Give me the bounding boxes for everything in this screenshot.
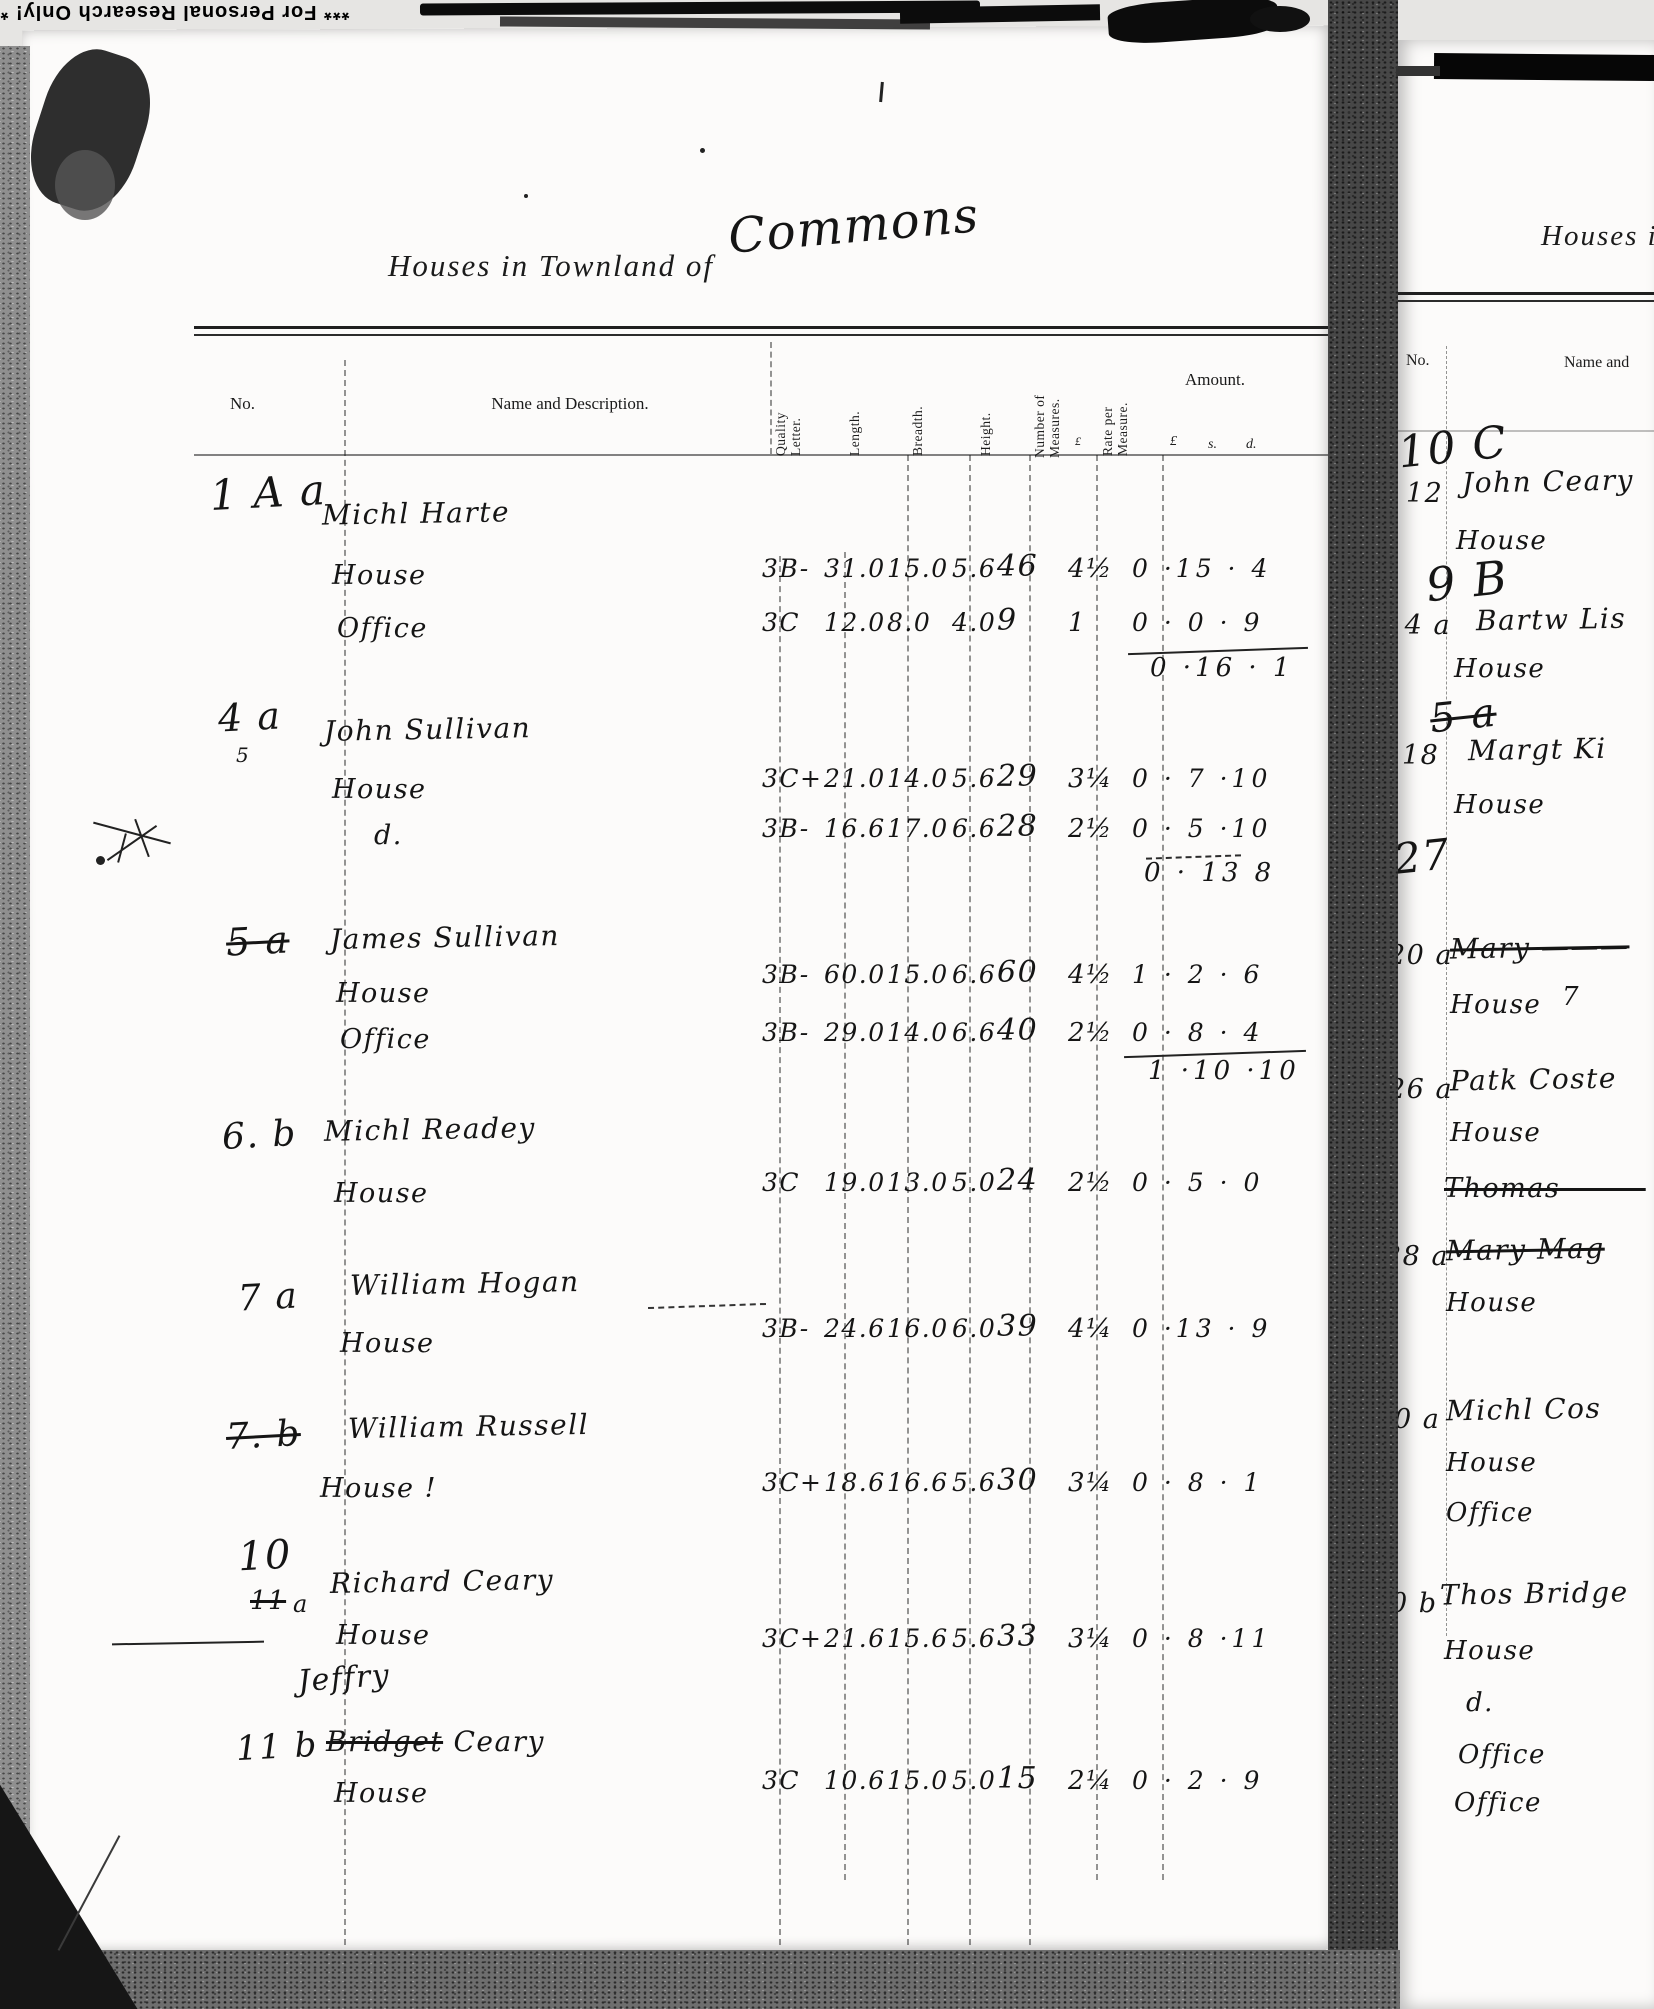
col-measures-line2: Measures.: [1047, 348, 1062, 458]
entry-name: Mary ———: [1450, 932, 1630, 963]
height-value: 6.0: [952, 1316, 996, 1341]
entry-no: 1 A a: [209, 469, 327, 517]
col-breadth-label: Breadth.: [910, 350, 925, 456]
top-right-ink-blob-2: [1250, 6, 1310, 32]
breadth-value: 8.0: [887, 610, 931, 635]
entry-no: 4 a: [217, 696, 282, 737]
length-value: 16.6: [824, 816, 886, 841]
entry-name: Michl Readey: [324, 1114, 536, 1146]
col-measures-line1: Number of: [1032, 348, 1047, 458]
entry-desc: House: [334, 1180, 429, 1207]
breadth-value: 17.0: [887, 816, 949, 841]
col-rate-line1: Rate per: [1100, 350, 1115, 456]
entry-desc: House: [1450, 992, 1541, 1018]
breadth-value: 16.0: [887, 1316, 949, 1341]
rate-value: 3¼: [1068, 1470, 1113, 1496]
amount-unit-shillings: s.: [1208, 437, 1217, 453]
right-page-title: Houses in: [1541, 220, 1654, 253]
height-value: 5.0: [952, 1768, 996, 1793]
left-scan-border: [0, 46, 30, 2009]
entry-desc: d.: [1466, 1690, 1494, 1716]
entry-name: Thos Bridge: [1440, 1578, 1629, 1609]
col-name-label: Name and Description.: [430, 394, 710, 414]
page-title: Houses in Townland of: [388, 248, 714, 284]
research-stamp-text: *** For Personal Research Only! ***: [0, 0, 349, 23]
entry-code: 27: [1392, 833, 1453, 881]
breadth-value: 14.0: [887, 766, 949, 791]
quality-letter-value: 3B-: [762, 816, 810, 841]
quality-letter-value: 3C: [762, 1768, 800, 1793]
length-value: 29.0: [824, 1020, 886, 1045]
entry-desc: House: [336, 1622, 431, 1649]
length-value: 21.6: [824, 1626, 886, 1651]
entry-name: Patk Coste: [1450, 1065, 1617, 1096]
scanned-valuation-document: Houses in Townland of Commons No. Name a…: [0, 0, 1654, 2009]
doodle-dot: [96, 856, 105, 865]
entry-no-alt: 11: [250, 1588, 286, 1614]
entry-desc: Office: [1454, 1790, 1542, 1816]
amount-value: 0 · 7 ·10: [1132, 766, 1271, 791]
entry-name: John Ceary: [1462, 467, 1634, 498]
amount-value: 0 · 5 ·10: [1132, 816, 1271, 841]
measures-value: 33: [997, 1622, 1038, 1652]
rate-value: 4½: [1068, 962, 1113, 988]
entry-name: Michl Harte: [322, 498, 510, 529]
right-page-top-bar: [1434, 53, 1654, 81]
entry-total: 0 · 13 8: [1144, 860, 1275, 886]
entry-code: 9 B: [1424, 554, 1511, 608]
entry-code: 5 a: [1428, 693, 1498, 740]
entry-no: 7 a: [237, 1278, 299, 1317]
amount-unit-pence: d.: [1246, 437, 1257, 453]
amount-value: 0 ·15 · 4: [1132, 556, 1271, 581]
rate-value: 1: [1068, 610, 1086, 636]
rate-value: 2¼: [1068, 1768, 1113, 1794]
height-value: 5.6: [952, 1626, 996, 1651]
entry-name: John Sullivan: [324, 714, 532, 746]
rate-unit-pound: £: [1075, 434, 1081, 449]
measures-value: 24: [997, 1166, 1038, 1196]
col-rate-line2: Measure.: [1115, 350, 1130, 456]
breadth-value: 15.0: [887, 1768, 949, 1793]
margin-doodle: [92, 812, 182, 892]
measures-value: 39: [997, 1312, 1038, 1342]
quality-letter-value: 3B-: [762, 962, 810, 987]
research-stamp: *** For Personal Research Only! ***: [0, 0, 349, 23]
height-value: 5.0: [952, 1170, 996, 1195]
entry-no: 6. b: [221, 1116, 298, 1156]
entry-desc: House !: [320, 1475, 437, 1502]
entry-no: 12: [1406, 480, 1443, 507]
rate-value: 2½: [1068, 816, 1113, 842]
breadth-value: 15.6: [887, 1626, 949, 1651]
entry-no: 7. b: [225, 1416, 302, 1456]
height-value: 6.6: [952, 962, 996, 987]
entry-no: 10: [237, 1535, 293, 1578]
breadth-value: 15.0: [887, 962, 949, 987]
quality-letter-value: 3B-: [762, 556, 810, 581]
col-length-line1: Length.: [847, 350, 862, 456]
left-page: [23, 26, 1340, 1955]
length-value: 19.0: [824, 1170, 886, 1195]
margin-mark: 7: [1562, 984, 1580, 1010]
quality-letter-value: 3C+: [762, 1626, 822, 1651]
col-breadth-line1: Breadth.: [910, 350, 925, 456]
measures-value: 60: [997, 958, 1038, 988]
rate-value: 3¼: [1068, 1626, 1113, 1652]
right-page: [1396, 40, 1654, 2009]
col-rule-breadth: [907, 455, 909, 1945]
right-col-no-label: No.: [1406, 352, 1430, 370]
length-value: 21.0: [824, 766, 886, 791]
entry-name: Richard Ceary: [330, 1566, 555, 1598]
height-value: 5.6: [952, 1470, 996, 1495]
right-col-name-label: Name and: [1564, 354, 1629, 372]
entry-desc: House: [1446, 1450, 1537, 1476]
amount-value: 0 · 5 · 0: [1132, 1170, 1263, 1195]
top-left-corner-blotch-2: [55, 150, 115, 220]
col-rule-measures: [1029, 455, 1031, 1945]
length-value: 10.6: [824, 1768, 886, 1793]
measures-value: 9: [997, 606, 1018, 636]
rate-value: 4¼: [1068, 1316, 1113, 1342]
stray-speck-2: [524, 194, 528, 198]
entry-desc: House: [332, 562, 427, 589]
quality-letter-value: 3B-: [762, 1316, 810, 1341]
quality-letter-value: 3C+: [762, 1470, 822, 1495]
quality-letter-value: 3C: [762, 610, 800, 635]
height-value: 5.6: [952, 556, 996, 581]
rate-value: 2½: [1068, 1170, 1113, 1196]
col-quality-line2: Letter.: [788, 350, 803, 456]
entry-no: 11 b: [235, 1728, 319, 1766]
amount-value: 0 · 2 · 9: [1132, 1768, 1263, 1793]
page-gutter-shadow: [1328, 0, 1398, 2009]
col-rule-height: [969, 455, 971, 1945]
amount-unit-pound: £: [1170, 434, 1177, 450]
col-quality-letter-label: Quality Letter.: [773, 350, 803, 456]
entry-name: William Russell: [348, 1411, 590, 1443]
measures-value: 28: [997, 812, 1038, 842]
col-height-label: Height.: [978, 350, 993, 456]
col-rate-label: Rate per Measure.: [1100, 350, 1130, 456]
entry-desc: House: [1446, 1290, 1537, 1316]
margin-note: Jeffry: [297, 1661, 391, 1697]
height-value: 6.6: [952, 1020, 996, 1045]
entry-name-struck-part: Bridget: [326, 1725, 443, 1758]
height-value: 5.6: [952, 766, 996, 791]
entry-desc: Office: [1446, 1500, 1534, 1526]
entry-no-alt: 5: [236, 745, 250, 765]
quality-letter-value: 3C+: [762, 766, 822, 791]
entry-no: 5 a: [225, 920, 290, 961]
col-height-line1: Height.: [978, 350, 993, 456]
entry-total: 0 ·16 · 1: [1150, 655, 1294, 681]
entry-total: 1 ·10 ·10: [1148, 1058, 1300, 1084]
col-rule-name: [770, 342, 772, 454]
stray-speck-1: [700, 148, 705, 153]
entry-name-rest: Ceary: [443, 1725, 545, 1758]
top-scan-bar-1: [420, 1, 980, 16]
breadth-value: 13.0: [887, 1170, 949, 1195]
rate-value: 2½: [1068, 1020, 1113, 1046]
col-measures-label: Number of Measures.: [1032, 348, 1062, 458]
length-value: 24.6: [824, 1316, 886, 1341]
entry-desc: Office: [337, 615, 428, 642]
measures-value: 29: [997, 762, 1038, 792]
col-rule-length: [844, 552, 846, 1880]
entry-desc: House: [1444, 1638, 1535, 1664]
col-length-label: Length.: [847, 350, 862, 456]
entry-name: Bridget Ceary: [326, 1728, 545, 1756]
top-scan-bar-3: [900, 4, 1100, 23]
entry-no-alt2: a: [293, 1592, 309, 1616]
breadth-value: 14.0: [887, 1020, 949, 1045]
entry-desc: House: [1450, 1120, 1541, 1146]
measures-value: 30: [997, 1466, 1038, 1496]
col-amount-label: Amount.: [1185, 370, 1245, 390]
entry-name: James Sullivan: [330, 922, 560, 954]
struck-name: Thomas———: [1444, 1175, 1646, 1202]
header-bottom-rule: [194, 454, 1336, 456]
right-col-rule-no: [1446, 346, 1447, 1636]
amount-value: 0 · 8 · 4: [1132, 1020, 1263, 1045]
entry-name: William Hogan: [350, 1268, 580, 1300]
col-rule-no: [344, 360, 346, 1945]
entry-no: 18: [1402, 742, 1439, 769]
entry-name: Bartw Lis: [1476, 605, 1627, 636]
measures-value: 15: [997, 1764, 1038, 1794]
measures-value: 40: [997, 1016, 1038, 1046]
amount-value: 0 ·13 · 9: [1132, 1316, 1271, 1341]
entry-no: 0 a: [1394, 1406, 1440, 1433]
amount-value: 0 · 8 ·11: [1132, 1626, 1271, 1651]
entry-desc: House: [1454, 792, 1545, 818]
quality-letter-value: 3C: [762, 1170, 800, 1195]
entry-name: Michl Cos: [1446, 1395, 1602, 1426]
breadth-value: 16.6: [887, 1470, 949, 1495]
col-quality-line1: Quality: [773, 350, 788, 456]
entry-desc: Office: [1458, 1742, 1546, 1768]
rate-value: 3¼: [1068, 766, 1113, 792]
entry-name: Mary Mag: [1446, 1235, 1605, 1266]
entry-name: Margt Ki: [1468, 735, 1607, 765]
right-page-top-bar-2: [1396, 66, 1440, 76]
length-value: 31.0: [824, 556, 886, 581]
length-value: 12.0: [824, 610, 886, 635]
entry-desc: House: [334, 1780, 429, 1807]
measures-value: 46: [997, 552, 1038, 582]
entry-desc: Office: [340, 1026, 431, 1053]
bottom-scan-band: [0, 1950, 1400, 2009]
height-value: 6.6: [952, 816, 996, 841]
height-value: 4.0: [952, 610, 996, 635]
rate-value: 4½: [1068, 556, 1113, 582]
table-top-rule: [194, 326, 1336, 336]
right-table-top-rule: [1396, 292, 1654, 302]
amount-value: 0 · 8 · 1: [1132, 1470, 1263, 1495]
length-value: 60.0: [824, 962, 886, 987]
breadth-value: 15.0: [887, 556, 949, 581]
amount-value: 1 · 2 · 6: [1132, 962, 1263, 987]
col-no-label: No.: [230, 394, 255, 414]
entry-desc: House: [340, 1330, 435, 1357]
entry-desc: d.: [374, 822, 403, 849]
length-value: 18.6: [824, 1470, 886, 1495]
entry-desc: House: [336, 980, 431, 1007]
entry-desc: House: [332, 776, 427, 803]
quality-letter-value: 3B-: [762, 1020, 810, 1045]
entry-desc: House: [1454, 656, 1545, 682]
amount-value: 0 · 0 · 9: [1132, 610, 1263, 635]
